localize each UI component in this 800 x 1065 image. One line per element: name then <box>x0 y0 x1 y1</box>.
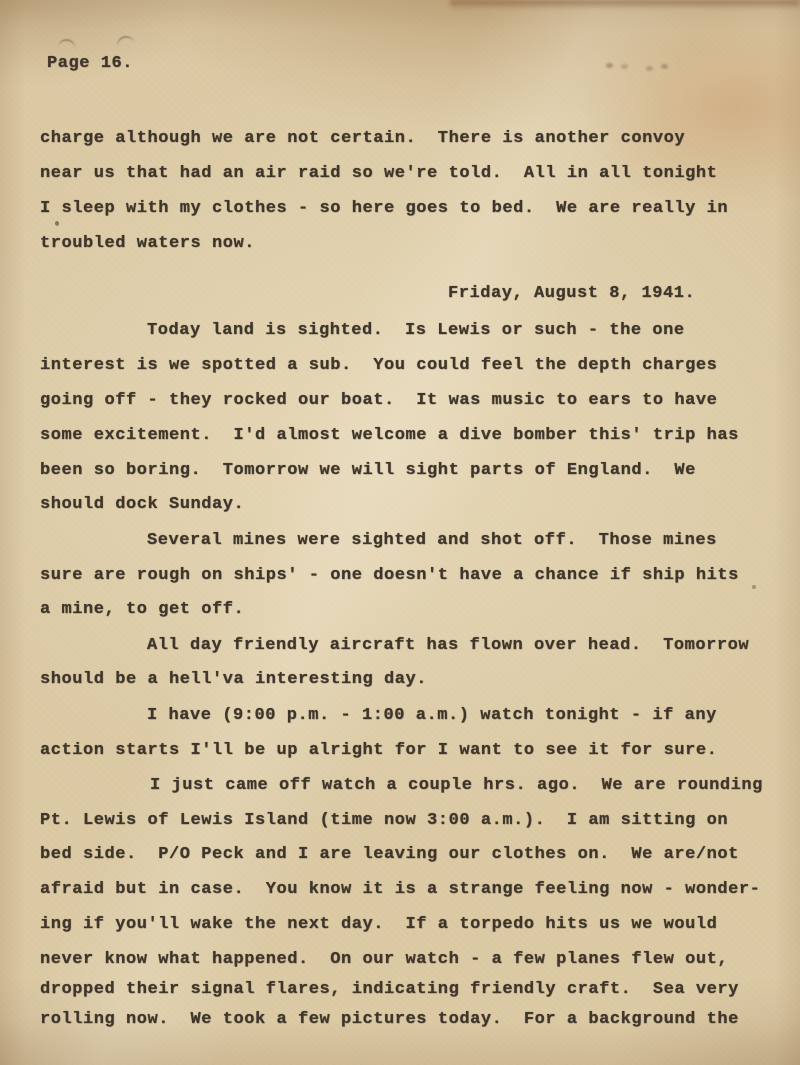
text-line: I just came off watch a couple hrs. ago.… <box>150 775 763 797</box>
text-line: interest is we spotted a sub. You could … <box>40 355 717 377</box>
text-line: rolling now. We took a few pictures toda… <box>40 1009 739 1031</box>
text-line: should be a hell'va interesting day. <box>40 669 427 691</box>
scanned-diary-page: Page 16. charge although we are not cert… <box>0 0 800 1065</box>
text-line: should dock Sunday. <box>40 494 244 516</box>
text-line: been so boring. Tomorrow we will sight p… <box>40 460 696 482</box>
ink-smudge <box>606 63 613 68</box>
text-line: Pt. Lewis of Lewis Island (time now 3:00… <box>40 810 728 832</box>
text-line: sure are rough on ships' - one doesn't h… <box>40 565 739 587</box>
text-line: never know what happened. On our watch -… <box>40 949 728 971</box>
page-number-label: Page 16. <box>47 53 133 75</box>
text-line: action starts I'll be up alright for I w… <box>40 740 717 762</box>
text-line: a mine, to get off. <box>40 599 244 621</box>
text-line: bed side. P/O Peck and I are leaving our… <box>40 844 739 866</box>
text-line: Today land is sighted. Is Lewis or such … <box>147 320 685 342</box>
paper-stain-top-edge <box>450 0 800 9</box>
text-line: All day friendly aircraft has flown over… <box>147 635 749 657</box>
date-line: Friday, August 8, 1941. <box>448 283 695 305</box>
text-line: I sleep with my clothes - so here goes t… <box>40 198 728 220</box>
ink-speck <box>752 585 756 589</box>
text-line: afraid but in case. You know it is a str… <box>40 879 760 901</box>
text-line: near us that had an air raid so we're to… <box>40 163 717 185</box>
text-line: I have (9:00 p.m. - 1:00 a.m.) watch ton… <box>147 705 717 727</box>
pencil-mark <box>115 34 135 48</box>
text-line: troubled waters now. <box>40 233 255 255</box>
text-line: Several mines were sighted and shot off.… <box>147 530 717 552</box>
text-line: some excitement. I'd almost welcome a di… <box>40 425 739 447</box>
pencil-mark <box>57 38 76 50</box>
text-line: going off - they rocked our boat. It was… <box>40 390 717 412</box>
text-line: ing if you'll wake the next day. If a to… <box>40 914 717 936</box>
text-line: dropped their signal flares, indicating … <box>40 979 739 1001</box>
ink-speck <box>55 221 59 226</box>
text-line: charge although we are not certain. Ther… <box>40 128 685 150</box>
